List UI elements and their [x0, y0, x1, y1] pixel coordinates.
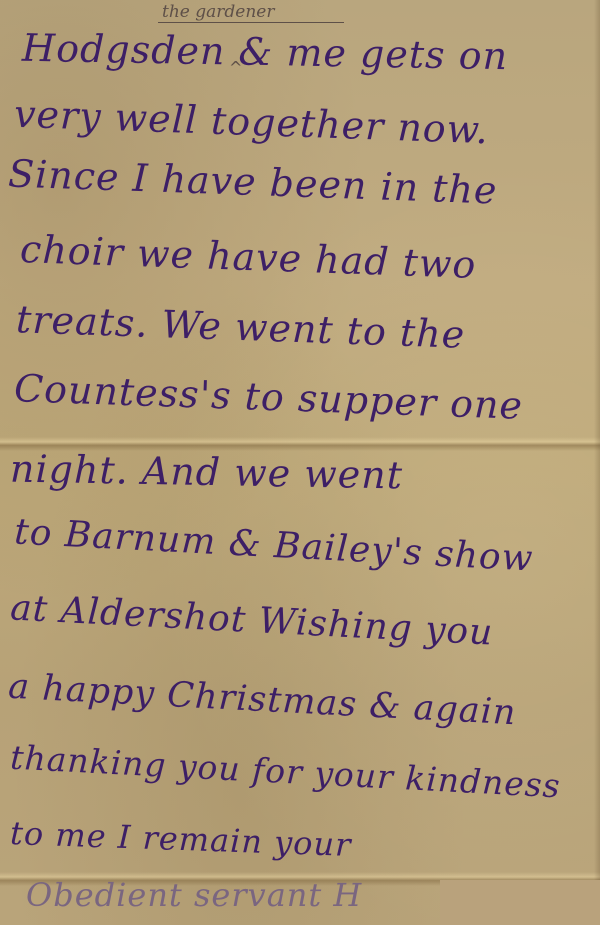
- letter-line-6: Countess's to supper one: [13, 366, 523, 428]
- letter-line-10: a happy Christmas & again: [7, 667, 517, 734]
- letter-line-13: Obedient servant H: [26, 876, 362, 914]
- letter-line-3: Since I have been in the: [7, 151, 498, 212]
- paper-edge-shadow: [594, 0, 600, 925]
- letter-line-1: Hodgsden & me gets on: [22, 26, 509, 78]
- letter-line-2: very well together now.: [13, 92, 489, 153]
- redacted-signature-area: [440, 880, 600, 925]
- letter-page: the gardener ^ Hodgsden & me gets on ver…: [0, 0, 600, 925]
- letter-line-12: to me I remain your: [9, 814, 352, 864]
- letter-line-4: choir we have had two: [19, 227, 477, 287]
- letter-line-11: thanking you for your kindness: [9, 738, 561, 806]
- inserted-annotation: the gardener: [158, 2, 344, 23]
- letter-line-9: at Aldershot Wishing you: [9, 587, 494, 653]
- letter-line-5: treats. We went to the: [15, 297, 466, 357]
- letter-line-8: to Barnum & Bailey's show: [13, 511, 534, 579]
- letter-line-7: night. And we went: [10, 447, 404, 498]
